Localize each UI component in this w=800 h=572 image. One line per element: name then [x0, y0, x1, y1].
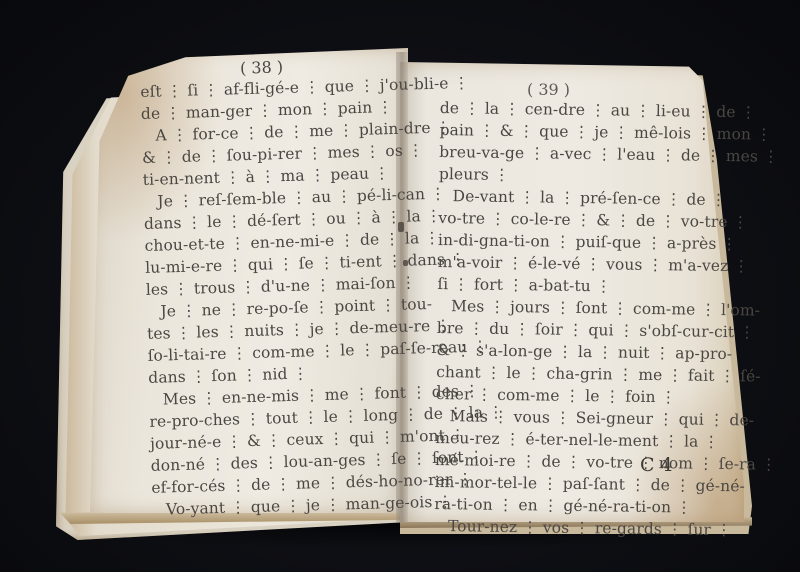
left-page-number: ( 38 )	[240, 57, 284, 77]
left-page-text: eſt ⋮ ſi ⋮ af-fli-gé-e ⋮ que ⋮ j'ou-bli-…	[140, 74, 388, 520]
right-page-number: ( 39 )	[527, 80, 570, 99]
text-line: Tour-nez ⋮ vos ⋮ re-gards ⋮ ſur ⋮	[434, 515, 694, 541]
book-photo: ( 38 ) ( 39 ) eſt ⋮ ſi ⋮ af-fli-gé-e ⋮ q…	[0, 0, 800, 572]
signature-mark: C 4	[640, 454, 673, 476]
